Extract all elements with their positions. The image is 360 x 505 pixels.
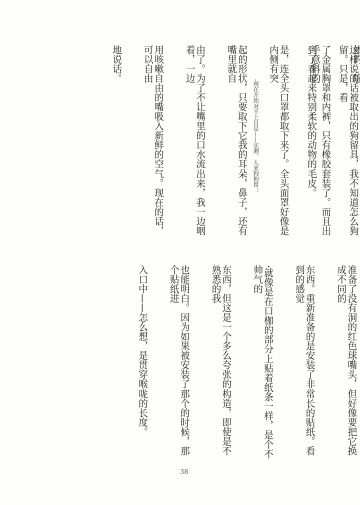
text-column: 地说话。 [110,45,120,245]
text-column: 用咳嗽自由的嘴吸入新鲜的空气。现在的话，可以自由 [141,45,162,245]
text-column: 入口中——怎么想，是贯穿喉咙的长度。 [136,265,146,465]
text-block-bottom: ·啊，那个——，正要发出声音的瞬间，老师皱着眉头 ·周围的同学们都吵闹起来，我咽… [115,265,360,465]
text-column: 东西，所以很吃惊能取下。覆盖我脖子以下身体的，除 [350,45,360,245]
text-column: 也能明白。因为如果被安装了那个的时候，那个贴纸进 [167,265,188,465]
text-column: ·就像是在口枷的部分上贴着纸条一样，是个不帅气的 [251,265,272,465]
text-block-top-left: 机械臂粘合剂被取下，我起床后双臂自由了。也许是因 为一直保持着同样的姿势，所以感… [89,45,360,245]
book-page: 这样说的话被取出的狗留具，我不知道怎么狗留。只是，看 到了看起来特别柔软的动物的… [0,0,360,505]
text-column: 东西，但这是一个多么夸张的构造，即使是不熟悉的我 [209,265,230,465]
page-number: 38 [180,468,188,476]
text-column: 由了。为了不让嘴里的口水流出来，我一边咽着，一边 [183,45,204,245]
text-column: 准备了没有洞的红色球嘴头，但好像要把它换成不同的 [335,265,356,465]
text-column: 起的形状，只要取下它我的耳朵，鼻子，还有嘴里就自 [225,45,246,245]
text-column: 东西。重新准备的是安装了非常长的贴纸。看到的感觉 [293,265,314,465]
text-column: 了金属胸罩和内裤，只有橡胶套装了。而且出乎意料的 [309,45,330,245]
text-column: 是，连全头口罩都取下来了。全头面罩好像是内侧有突 [267,45,288,245]
